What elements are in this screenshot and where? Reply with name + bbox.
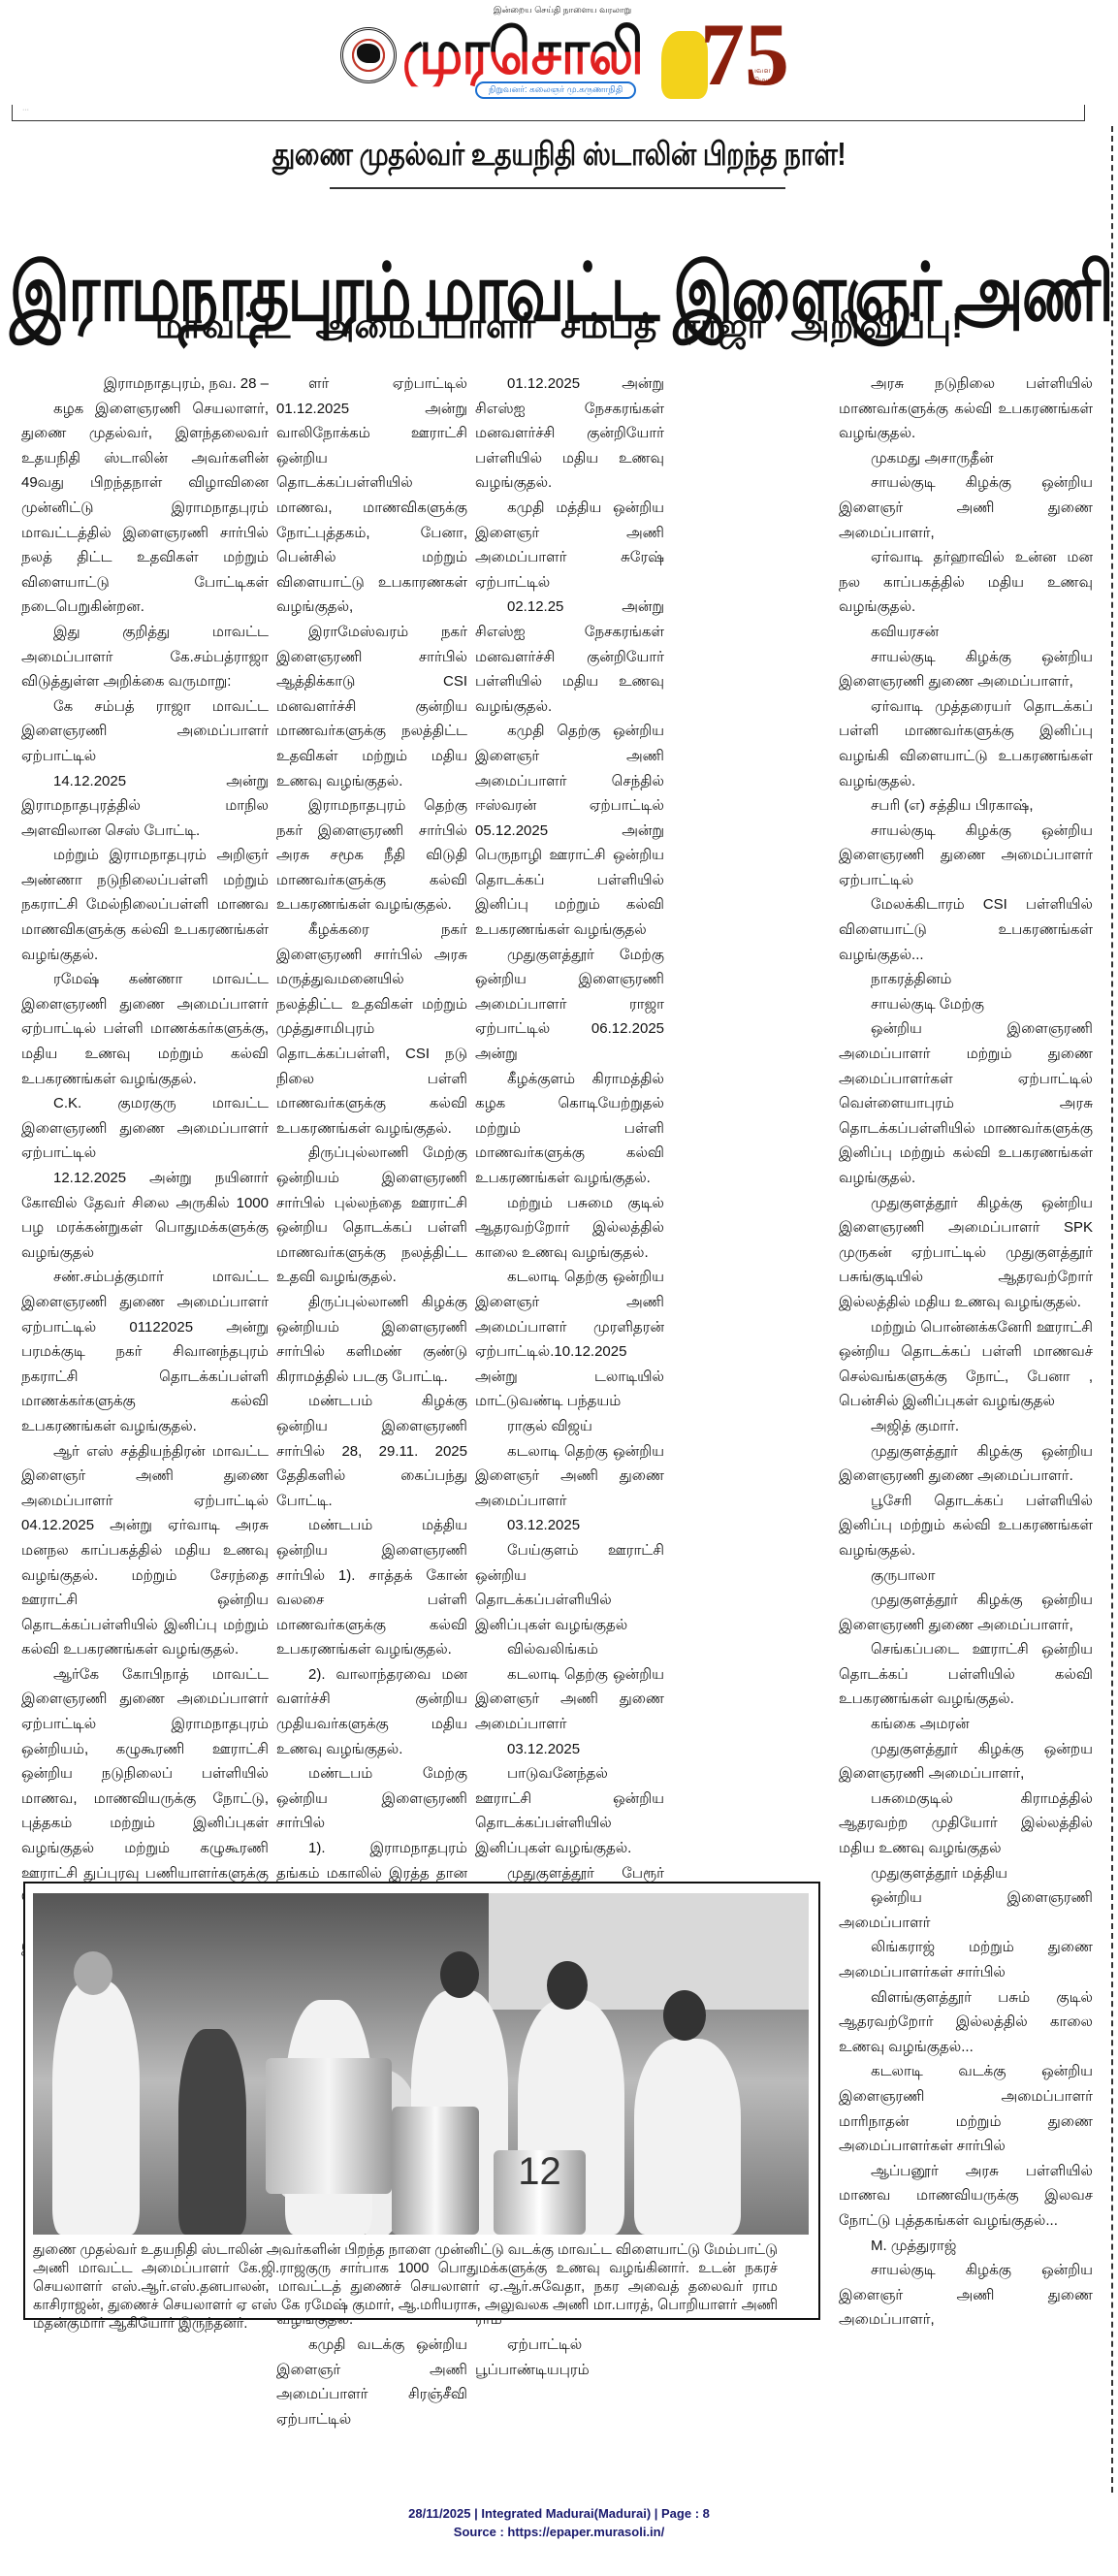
- page-footer: 28/11/2025 | Integrated Madurai(Madurai)…: [0, 2504, 1118, 2541]
- article-paragraph: கடலாடி வடக்கு ஒன்றிய இளைஞரணி அமைப்பாளர் …: [839, 2059, 1093, 2158]
- photo-frame: 12 துணை முதல்வர் உதயநிதி ஸ்டாலின் அவர்கள…: [23, 1882, 820, 2320]
- kicker-underline: [330, 187, 785, 189]
- article-paragraph: மற்றும் இராமநாதபுரம் அறிஞர் அண்ணா நடுநில…: [21, 843, 269, 967]
- article-paragraph: மற்றும் பசுமை குடில் ஆதரவற்றோர் இல்லத்தி…: [475, 1191, 664, 1266]
- article-paragraph: செங்கப்படை ஊராட்சி ஒன்றிய தொடக்கப் பள்ளி…: [839, 1637, 1093, 1712]
- article-paragraph: திருப்புல்லாணி மேற்கு ஒன்றியம் இளைஞரணி ச…: [276, 1141, 467, 1290]
- previous-article-strip: ···: [12, 105, 1085, 121]
- article-paragraph: கவியரசன்: [839, 620, 1093, 645]
- cooking-vessel: [266, 2058, 392, 2194]
- article-paragraph: ஏர்வாடி தர்ஹாவில் உன்ன மன நல காப்பகத்தில…: [839, 545, 1093, 620]
- photo-person: [634, 2039, 741, 2235]
- article-paragraph: நாகரத்தினம்: [839, 967, 1093, 992]
- article-paragraph: ஏற்பாட்டில் பூப்பாண்டியபுரம்: [475, 2333, 664, 2382]
- article-paragraph: மற்றும் பொன்னக்கனேரி ஊராட்சி ஒன்றிய தொடக…: [839, 1315, 1093, 1414]
- article-paragraph: கமுதி மத்திய ஒன்றிய இளைஞர் அணி அமைப்பாளர…: [475, 496, 664, 595]
- article-paragraph: சாயல்குடி மேற்கு: [839, 992, 1093, 1017]
- article-paragraph: கீழக்குளம் கிராமத்தில் கழக கொடியேற்றுதல்…: [475, 1067, 664, 1191]
- article-paragraph: சாயல்குடி கிழக்கு ஒன்றிய இளைஞர் அணி துணை…: [839, 2258, 1093, 2333]
- photo-person-head: [74, 1951, 112, 1995]
- article-paragraph: கே சம்பத் ராஜா மாவட்ட இளைஞரணி அமைப்பாளர்…: [21, 694, 269, 769]
- edition-info: 28/11/2025 | Integrated Madurai(Madurai)…: [0, 2504, 1118, 2523]
- article-paragraph: சாயல்குடி கிழக்கு ஒன்றிய இளைஞரணி துணை அம…: [839, 819, 1093, 893]
- article-paragraph: C.K. குமரகுரு மாவட்ட இளைஞரணி துணை அமைப்ப…: [21, 1091, 269, 1166]
- article-paragraph: கீழக்கரை நகர் இளைஞரணி சார்பில் அரசு மருத…: [276, 918, 467, 1141]
- photo-person-head: [547, 1961, 588, 2010]
- article-paragraph: முகமது அசாருதீன்: [839, 446, 1093, 471]
- article-paragraph: முதுகுளத்தூர் மத்திய: [839, 1861, 1093, 1886]
- anniversary-number: 75: [700, 6, 789, 103]
- article-paragraph: 14.12.2025 அன்று இராமநாதபுரத்தில் மாநில …: [21, 769, 269, 844]
- cut-line-divider: [1111, 126, 1113, 2493]
- article-paragraph: கடலாடி தெற்கு ஒன்றிய இளைஞர் அணி அமைப்பாள…: [475, 1265, 664, 1414]
- photo-person-head: [440, 1951, 479, 1998]
- newspaper-logo: முரசொலி: [402, 17, 643, 86]
- photo-banner: [489, 1893, 809, 2010]
- article-paragraph: இராமநாதபுரம், நவ. 28 –: [21, 371, 269, 397]
- article-paragraph: விளங்குளத்தூர் பசும் குடில் ஆதரவற்றோர் இ…: [839, 1985, 1093, 2060]
- article-paragraph: 03.12.2025: [475, 1737, 664, 1762]
- article-paragraph: ஒன்றிய இளைஞரணி அமைப்பாளர்: [839, 1885, 1093, 1935]
- article-paragraph: முதுகுளத்தூர் கிழக்கு ஒன்றிய இளைஞரணி அமை…: [839, 1191, 1093, 1315]
- article-paragraph: ஒன்றிய இளைஞரணி அமைப்பாளர் மற்றும் துணை அ…: [839, 1016, 1093, 1190]
- article-paragraph: கடலாடி தெற்கு ஒன்றிய இளைஞர் அணி துணை அமை…: [475, 1439, 664, 1514]
- article-paragraph: திருப்புல்லாணி கிழக்கு ஒன்றியம் இளைஞரணி …: [276, 1290, 467, 1389]
- article-paragraph: 03.12.2025: [475, 1513, 664, 1538]
- photo-person: [178, 2029, 246, 2235]
- article-paragraph: 02.12.25 அன்று சிஎஸ்ஐ நேசகரங்கள் மனவளர்ச…: [475, 595, 664, 719]
- cooking-vessel: [392, 2107, 479, 2235]
- article-paragraph: கமுதி வடக்கு ஒன்றிய இளைஞர் அணி அமைப்பாளர…: [276, 2333, 467, 2431]
- article-paragraph: 12.12.2025 அன்று நயினார் கோவில் தேவர் சி…: [21, 1166, 269, 1265]
- article-paragraph: மண்டபம் மத்திய ஒன்றிய இளைஞரணி சார்பில் 1…: [276, 1513, 467, 1662]
- article-paragraph: கங்கை அமரன்: [839, 1712, 1093, 1737]
- party-emblem-icon: [340, 27, 397, 83]
- photo-person-head: [663, 1990, 706, 2041]
- founder-line: நிறுவனர்: கலைஞர் மு.கருணாநிதி: [475, 81, 636, 99]
- article-paragraph: முதுகுளத்தூர் கிழக்கு ஒன்றிய இளைஞரணி துண…: [839, 1588, 1093, 1637]
- article-paragraph: 01.12.2025 அன்று சிஎஸ்ஐ நேசகரங்கள் மனவளர…: [475, 371, 664, 496]
- event-photo: 12: [33, 1893, 809, 2235]
- article-paragraph: மண்டபம் கிழக்கு ஒன்றிய இளைஞரணி சார்பில் …: [276, 1389, 467, 1513]
- article-paragraph: ஆர் எஸ் சத்தியந்திரன் மாவட்ட இளைஞர் அணி …: [21, 1439, 269, 1662]
- article-paragraph: இது குறித்து மாவட்ட அமைப்பாளர் கே.சம்பத்…: [21, 620, 269, 694]
- article-paragraph: குருபாலா: [839, 1563, 1093, 1589]
- article-paragraph: சண்.சம்பத்குமார் மாவட்ட இளைஞரணி துணை அமை…: [21, 1265, 269, 1438]
- anniversary-badge: 75 பவள விழா: [661, 12, 778, 99]
- article-paragraph: ளர் ஏற்பாட்டில் 01.12.2025 அன்று வாலிநோக…: [276, 371, 467, 620]
- article-paragraph: ஆர்கே கோபிநாத் மாவட்ட இளைஞரணி துணை அமைப்…: [21, 1662, 269, 1911]
- article-paragraph: ராகுல் விஜய்: [475, 1414, 664, 1439]
- article-paragraph: கழக இளைஞரணி செயலாளர், துணை முதல்வர், இளந…: [21, 397, 269, 620]
- article-paragraph: இராமேஸ்வரம் நகர் இளைஞரணி சார்பில் ஆத்திக…: [276, 620, 467, 793]
- vessel-number: 12: [494, 2150, 586, 2235]
- article-paragraph: பசுமைகுடில் கிராமத்தில் ஆதரவற்ற முதியோர்…: [839, 1787, 1093, 1861]
- photo-caption: துணை முதல்வர் உதயநிதி ஸ்டாலின் அவர்களின்…: [33, 2240, 778, 2333]
- article-deck: மாவட்ட அமைப்பாளர் சம்பத் ராஜா அறிவிப்பு!: [0, 306, 1118, 351]
- article-paragraph: ஏர்வாடி முத்தரையர் தொடக்கப் பள்ளி மாணவர்…: [839, 694, 1093, 793]
- article-paragraph: கடலாடி தெற்கு ஒன்றிய இளைஞர் அணி துணை அமை…: [475, 1662, 664, 1737]
- article-paragraph: சபரி (எ) சத்திய பிரகாஷ்,: [839, 793, 1093, 819]
- masthead: இன்றைய செய்தி நாளைய வரலாறு முரசொலி நிறுவ…: [0, 0, 1118, 109]
- article-paragraph: சாயல்குடி கிழக்கு ஒன்றிய இளைஞர் அணி துணை…: [839, 470, 1093, 545]
- article-paragraph: மண்டபம் மேற்கு ஒன்றிய இளைஞரணி சார்பில்: [276, 1761, 467, 1836]
- article-paragraph: முதுகுளத்தூர் கிழக்கு ஒன்றிய இளைஞரணி துண…: [839, 1439, 1093, 1489]
- article-kicker: துணை முதல்வர் உதயநிதி ஸ்டாலின் பிறந்த நா…: [101, 136, 1017, 177]
- column-1: இராமநாதபுரம், நவ. 28 –கழக இளைஞரணி செயலாள…: [21, 371, 269, 1960]
- article-paragraph: அஜித் குமார்.: [839, 1414, 1093, 1439]
- article-paragraph: சாயல்குடி கிழக்கு ஒன்றிய இளைஞரணி துணை அம…: [839, 645, 1093, 694]
- article-paragraph: முதுகுளத்தூர் கிழக்கு ஒன்றய இளைஞரணி அமைப…: [839, 1737, 1093, 1787]
- article-paragraph: கமுதி தெற்கு ஒன்றிய இளைஞர் அணி அமைப்பாளர…: [475, 719, 664, 942]
- article-paragraph: அரசு நடுநிலை பள்ளியில் மாணவர்களுக்கு கல்…: [839, 371, 1093, 446]
- article-paragraph: லிங்கராஜ் மற்றும் துணை அமைப்பாளர்கள் சார…: [839, 1935, 1093, 1984]
- article-paragraph: 2). வாலாந்தரவை மன வளர்ச்சி குன்றிய முதிய…: [276, 1662, 467, 1761]
- photo-person: [52, 1980, 140, 2235]
- column-4: அரசு நடுநிலை பள்ளியில் மாணவர்களுக்கு கல்…: [839, 371, 1093, 2333]
- article-paragraph: வில்வலிங்கம்: [475, 1637, 664, 1662]
- article-paragraph: பூசேரி தொடக்கப் பள்ளியில் இனிப்பு மற்றும…: [839, 1489, 1093, 1563]
- article-paragraph: மேலக்கிடாரம் CSI பள்ளியில் விளையாட்டு உப…: [839, 892, 1093, 967]
- article-paragraph: பேய்குளம் ஊராட்சி ஒன்றிய தொடக்கப்பள்ளியி…: [475, 1538, 664, 1637]
- article-paragraph: முதுகுளத்தூர் மேற்கு ஒன்றிய இளைஞரணி அமைப…: [475, 943, 664, 1067]
- source-link[interactable]: Source : https://epaper.murasoli.in/: [0, 2523, 1118, 2541]
- article-paragraph: M. முத்துராஜ்: [839, 2234, 1093, 2259]
- article-paragraph: பாடுவனேந்தல் ஊராட்சி ஒன்றிய தொடக்கப்பள்ள…: [475, 1761, 664, 1860]
- article-paragraph: இராமநாதபுரம் தெற்கு நகர் இளைஞரணி சார்பில…: [276, 793, 467, 918]
- masthead-tagline: இன்றைய செய்தி நாளைய வரலாறு: [465, 5, 659, 16]
- strip-text: ···: [22, 107, 29, 113]
- article-paragraph: ரமேஷ் கண்ணா மாவட்ட இளைஞரணி துணை அமைப்பாள…: [21, 967, 269, 1091]
- anniversary-label: பவள விழா: [751, 66, 778, 85]
- article-paragraph: ஆப்பனூர் அரசு பள்ளியில் மாணவ மாணவியருக்க…: [839, 2159, 1093, 2234]
